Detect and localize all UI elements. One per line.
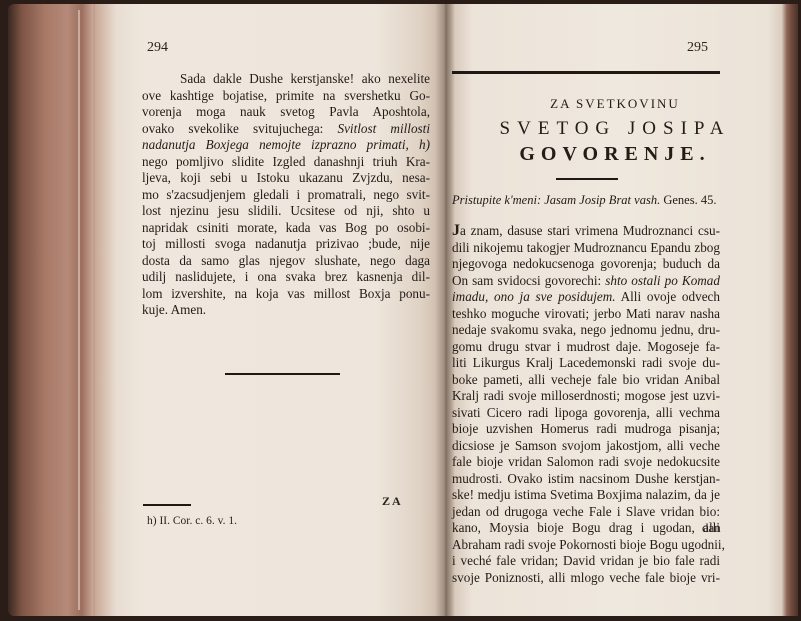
catchword: ZA: [382, 494, 403, 509]
text-segment: a znam, dasuse stari vrimena Mudroznanci…: [460, 223, 720, 238]
right-page-body: Ja znam, dasuse stari vrimena Mudroznanc…: [452, 223, 720, 586]
text-line: Sada dakle Dushe kerstjanske! ako nexeli…: [142, 71, 430, 88]
text-line: njegovoga nedokucsenoga govorenja; buduc…: [452, 256, 720, 273]
italic-segment: imadu, ono ja sve posidujem.: [452, 289, 616, 304]
left-page-body: Sada dakle Dushe kerstjanske! ako nexeli…: [142, 71, 430, 319]
text-line: dosta da samo glas njegov slushate, nego…: [142, 253, 430, 270]
text-line: nego pomljivo slidite Izgled danashnji t…: [142, 154, 430, 171]
text-line: nadanutja Boxjega nemojte izprazno prima…: [142, 137, 430, 154]
text-line: gomu drugu stvar i mudrost daje. Mogosej…: [452, 339, 720, 356]
text-line: udilj naslidujete, i ona svaka brez kasn…: [142, 269, 430, 286]
text-line: nedaje svakomu svaka, nego jednomu jednu…: [452, 322, 720, 339]
open-book: 294 Sada dakle Dushe kerstjanske! ako ne…: [0, 0, 801, 621]
text-line: bioje uzvishen Homerus radi mudroga pisa…: [452, 421, 720, 438]
text-line: fale bioje vridan Salomon radi svoje ned…: [452, 454, 720, 471]
left-page-number: 294: [147, 40, 168, 56]
text-segment: Alli ovoje odvech: [616, 289, 720, 304]
italic-segment: shto ostali po Komad: [605, 273, 720, 288]
heading-line-2: SVETOG JOSIPA: [445, 118, 785, 140]
text-line: ljeva, koji sebi u Istoku ukazanu Zvjzdu…: [142, 170, 430, 187]
epigraph: Pristupite k'meni: Jasam Josip Brat vash…: [452, 193, 720, 208]
text-line: napridak csiniti morate, kada vas Bog po…: [142, 220, 430, 237]
text-line: ovako svekolike svitujuchega: Svitlost m…: [142, 121, 430, 138]
text-segment: On sam svidocsi govorechi:: [452, 273, 605, 288]
text-line: ove kashtige bojatise, primite na sversh…: [142, 88, 430, 105]
text-line: imadu, ono ja sve posidujem. Alli ovoje …: [452, 289, 720, 306]
epigraph-reference: Genes. 45.: [663, 193, 716, 207]
text-line: kuje. Amen.: [142, 302, 430, 319]
text-line: sivati Cicero radi lipoga govorenja, all…: [452, 405, 720, 422]
left-page-block-edge: [8, 4, 100, 616]
heading-divider-rule: [556, 178, 618, 180]
italic-segment: Svitlost millosti: [337, 121, 430, 136]
epigraph-quote: Pristupite k'meni: Jasam Josip Brat vash…: [452, 193, 660, 207]
text-line: Ja znam, dasuse stari vrimena Mudroznanc…: [452, 223, 720, 240]
drop-cap: J: [452, 222, 460, 239]
text-line: kano, Moysia bioje Bogu drag i ugodan, a…: [452, 520, 720, 537]
text-line: lost njezinu jesu slidili. Ucsitese od n…: [142, 203, 430, 220]
text-line: mo s'zacsudjenjem gledali i promatrali, …: [142, 187, 430, 204]
text-line: jedan od drugoga veche Fale i Slave vrid…: [452, 504, 720, 521]
text-line: svoje Poniznosti, alli mlogo veche fale …: [452, 570, 720, 587]
text-line: toj millosti svoga nadanutja prizivao ;b…: [142, 236, 430, 253]
text-line: boke pameti, alli vecheje fale bio vrida…: [452, 372, 720, 389]
text-line: mudrosti. Ovako istim nacsinom Dushe ker…: [452, 471, 720, 488]
text-line: Kralj radi svoje milloserdnosti; mogose …: [452, 388, 720, 405]
header-rule: [452, 71, 720, 74]
text-line: teshko moguche virovati; jerbo Mati nara…: [452, 306, 720, 323]
heading-line-3: GOVORENJE.: [445, 143, 785, 166]
text-line: liti Likurgus Kralj Lacedemonski radi sv…: [452, 355, 720, 372]
text-line: On sam svidocsi govorechi: shto ostali p…: [452, 273, 720, 290]
end-divider-rule: [225, 373, 340, 375]
text-line: dicsiose je Samson svojom jakostjom, all…: [452, 438, 720, 455]
text-line: lom izvershite, na koja vas millost Boxj…: [142, 286, 430, 303]
text-line: vorenja moga nauk svetog Pavla Aposhtola…: [142, 104, 430, 121]
text-line: ske! medju istima Svetima Boxjima nalazi…: [452, 487, 720, 504]
heading-line-1: ZA SVETKOVINU: [445, 96, 785, 112]
text-line: i veché fale vridan; David vridan je bio…: [452, 553, 720, 570]
text-segment: ovako svekolike svitujuchega:: [142, 121, 337, 136]
text-line: Abraham radi svoje Pokornosti bioje Bogu…: [452, 537, 720, 554]
footnote: h) II. Cor. c. 6. v. 1.: [147, 515, 237, 527]
right-page-number: 295: [687, 40, 708, 56]
footnote-rule: [143, 504, 191, 506]
catchword: dan: [702, 520, 721, 536]
text-line: dili nikojemu takogjer Mudroznancu Epand…: [452, 240, 720, 257]
